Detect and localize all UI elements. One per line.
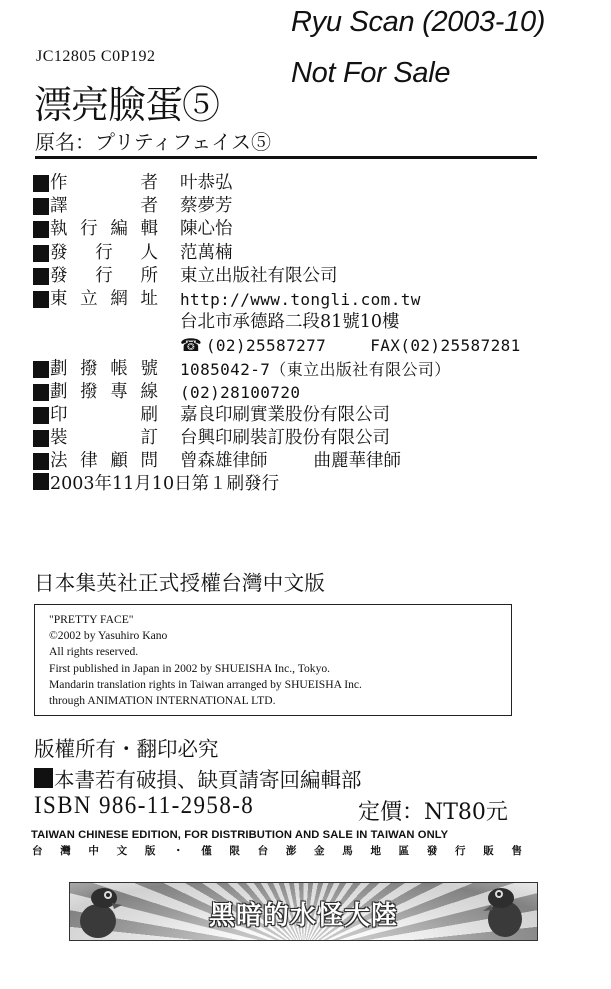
credit-value: 東立出版社有限公司 xyxy=(180,266,338,286)
price: 定價：NT80元 xyxy=(358,795,508,826)
credit-label xyxy=(33,311,180,334)
distribution-char: 售 xyxy=(511,843,522,858)
credit-value: 1085042-7（東立出版社有限公司） xyxy=(180,360,451,379)
credit-row: 執行編輯陳心怡 xyxy=(33,218,521,241)
credit-row: 法律顧問曾森雄律師曲麗華律師 xyxy=(33,450,521,473)
distribution-char: 販 xyxy=(483,843,494,858)
credit-label: 譯者 xyxy=(33,195,180,218)
credit-row: 作者叶恭弘 xyxy=(33,172,521,195)
isbn: ISBN 986-11-2958-8 xyxy=(34,792,254,820)
header-divider xyxy=(35,156,537,159)
damage-notice-text: 本書若有破損、缺頁請寄回編輯部 xyxy=(54,763,362,793)
credit-value: 叶恭弘 xyxy=(180,173,233,193)
copyright-line: through ANIMATION INTERNATIONAL LTD. xyxy=(49,693,511,709)
credit-value-2: 曲麗華律師 xyxy=(314,451,402,471)
credit-label: 發行人 xyxy=(33,242,180,265)
book-title: 漂亮臉蛋⑤ xyxy=(34,74,219,129)
rights-reserved: 版權所有・翻印必究 xyxy=(34,732,219,762)
bullet-square-icon xyxy=(33,430,49,447)
credit-row: 裝訂台興印刷裝訂股份有限公司 xyxy=(33,427,521,450)
bullet-square-icon xyxy=(33,221,49,238)
bullet-square-icon xyxy=(33,198,49,215)
credit-label: 劃撥專線 xyxy=(33,381,180,404)
credit-value: 曾森雄律師 xyxy=(180,451,268,471)
distribution-char: 馬 xyxy=(342,843,353,858)
copyright-line: Mandarin translation rights in Taiwan ar… xyxy=(49,677,511,693)
bullet-square-icon xyxy=(33,407,49,424)
credit-label: 裝訂 xyxy=(33,427,180,450)
bullet-square-icon xyxy=(33,291,49,308)
credit-label: 劃撥帳號 xyxy=(33,358,180,381)
credit-label: 法律顧問 xyxy=(33,450,180,473)
credit-value: 台興印刷裝訂股份有限公司 xyxy=(180,428,390,448)
license-statement: 日本集英社正式授權台灣中文版 xyxy=(34,566,325,596)
credit-row: 東立網址http://www.tongli.com.tw xyxy=(33,288,521,311)
credit-row: 發行人范萬楠 xyxy=(33,242,521,265)
watermark-line-1: Ryu Scan (2003-10) xyxy=(291,6,545,39)
distribution-char: ・ xyxy=(173,843,184,858)
credit-row: 劃撥專線(02)28100720 xyxy=(33,381,521,404)
credit-value: http://www.tongli.com.tw xyxy=(180,290,421,309)
copyright-line: First published in Japan in 2002 by SHUE… xyxy=(49,661,511,677)
credit-value: 陳心怡 xyxy=(180,219,233,239)
credit-value: 台北市承德路二段81號10樓 xyxy=(180,312,400,332)
credit-label: 作者 xyxy=(33,172,180,195)
bullet-square-icon xyxy=(33,245,49,262)
bullet-square-icon xyxy=(33,175,49,192)
fax-number: FAX(02)25587281 xyxy=(370,336,521,355)
copyright-line: All rights reserved. xyxy=(49,644,511,660)
credit-label: 東立網址 xyxy=(33,288,180,311)
bullet-square-icon xyxy=(34,768,53,788)
catalog-code: JC12805 C0P192 xyxy=(36,48,155,66)
credit-value: 范萬楠 xyxy=(180,243,233,263)
distribution-char: 台 xyxy=(258,843,269,858)
distribution-char: 台 xyxy=(32,843,43,858)
copyright-box: "PRETTY FACE" ©2002 by Yasuhiro Kano All… xyxy=(34,604,512,716)
credit-value: (02)25587277 xyxy=(206,336,326,355)
distribution-char: 中 xyxy=(88,843,99,858)
distribution-notice-zh: 台灣中文版・僅限台澎金馬地區發行販售 xyxy=(32,843,522,858)
credit-value: 蔡夢芳 xyxy=(180,196,233,216)
distribution-char: 區 xyxy=(399,843,410,858)
distribution-char: 文 xyxy=(117,843,128,858)
credit-label xyxy=(33,334,180,357)
banner-title: 黑暗的水怪大陸 xyxy=(70,895,537,932)
credit-label: 發行所 xyxy=(33,265,180,288)
credit-row: ☎(02)25587277FAX(02)25587281 xyxy=(33,334,521,357)
credit-row: 譯者蔡夢芳 xyxy=(33,195,521,218)
copyright-line: ©2002 by Yasuhiro Kano xyxy=(49,628,511,644)
bullet-square-icon xyxy=(33,361,49,378)
bullet-square-icon xyxy=(33,473,49,490)
distribution-char: 僅 xyxy=(201,843,212,858)
credit-row: 2003年11月10日第１刷發行 xyxy=(33,473,521,496)
credit-row: 印刷嘉良印刷實業股份有限公司 xyxy=(33,404,521,427)
credit-label: 印刷 xyxy=(33,404,180,427)
credit-row: 發行所東立出版社有限公司 xyxy=(33,265,521,288)
watermark-line-2: Not For Sale xyxy=(291,57,450,90)
distribution-char: 行 xyxy=(455,843,466,858)
distribution-char: 地 xyxy=(370,843,381,858)
credit-row: 台北市承德路二段81號10樓 xyxy=(33,311,521,334)
bullet-square-icon xyxy=(33,384,49,401)
bullet-square-icon xyxy=(33,268,49,285)
bullet-square-icon xyxy=(33,453,49,470)
distribution-char: 版 xyxy=(145,843,156,858)
print-date: 2003年11月10日第１刷發行 xyxy=(50,473,279,496)
copyright-line: "PRETTY FACE" xyxy=(49,612,511,628)
telephone-icon: ☎ xyxy=(180,336,202,356)
distribution-char: 灣 xyxy=(60,843,71,858)
damage-notice: 本書若有破損、缺頁請寄回編輯部 xyxy=(34,763,362,793)
credit-value: (02)28100720 xyxy=(180,383,300,402)
original-title: 原名：プリティフェイス⑤ xyxy=(35,126,271,155)
promo-banner: 黑暗的水怪大陸 xyxy=(69,882,538,941)
distribution-notice-en: TAIWAN CHINESE EDITION, FOR DISTRIBUTION… xyxy=(31,829,448,841)
credit-row: 劃撥帳號1085042-7（東立出版社有限公司） xyxy=(33,358,521,381)
credits-list: 作者叶恭弘譯者蔡夢芳執行編輯陳心怡發行人范萬楠發行所東立出版社有限公司東立網址h… xyxy=(33,172,521,497)
credit-label: 執行編輯 xyxy=(33,218,180,241)
distribution-char: 金 xyxy=(314,843,325,858)
distribution-char: 發 xyxy=(427,843,438,858)
distribution-char: 限 xyxy=(229,843,240,858)
distribution-char: 澎 xyxy=(286,843,297,858)
credit-value: 嘉良印刷實業股份有限公司 xyxy=(180,405,390,425)
